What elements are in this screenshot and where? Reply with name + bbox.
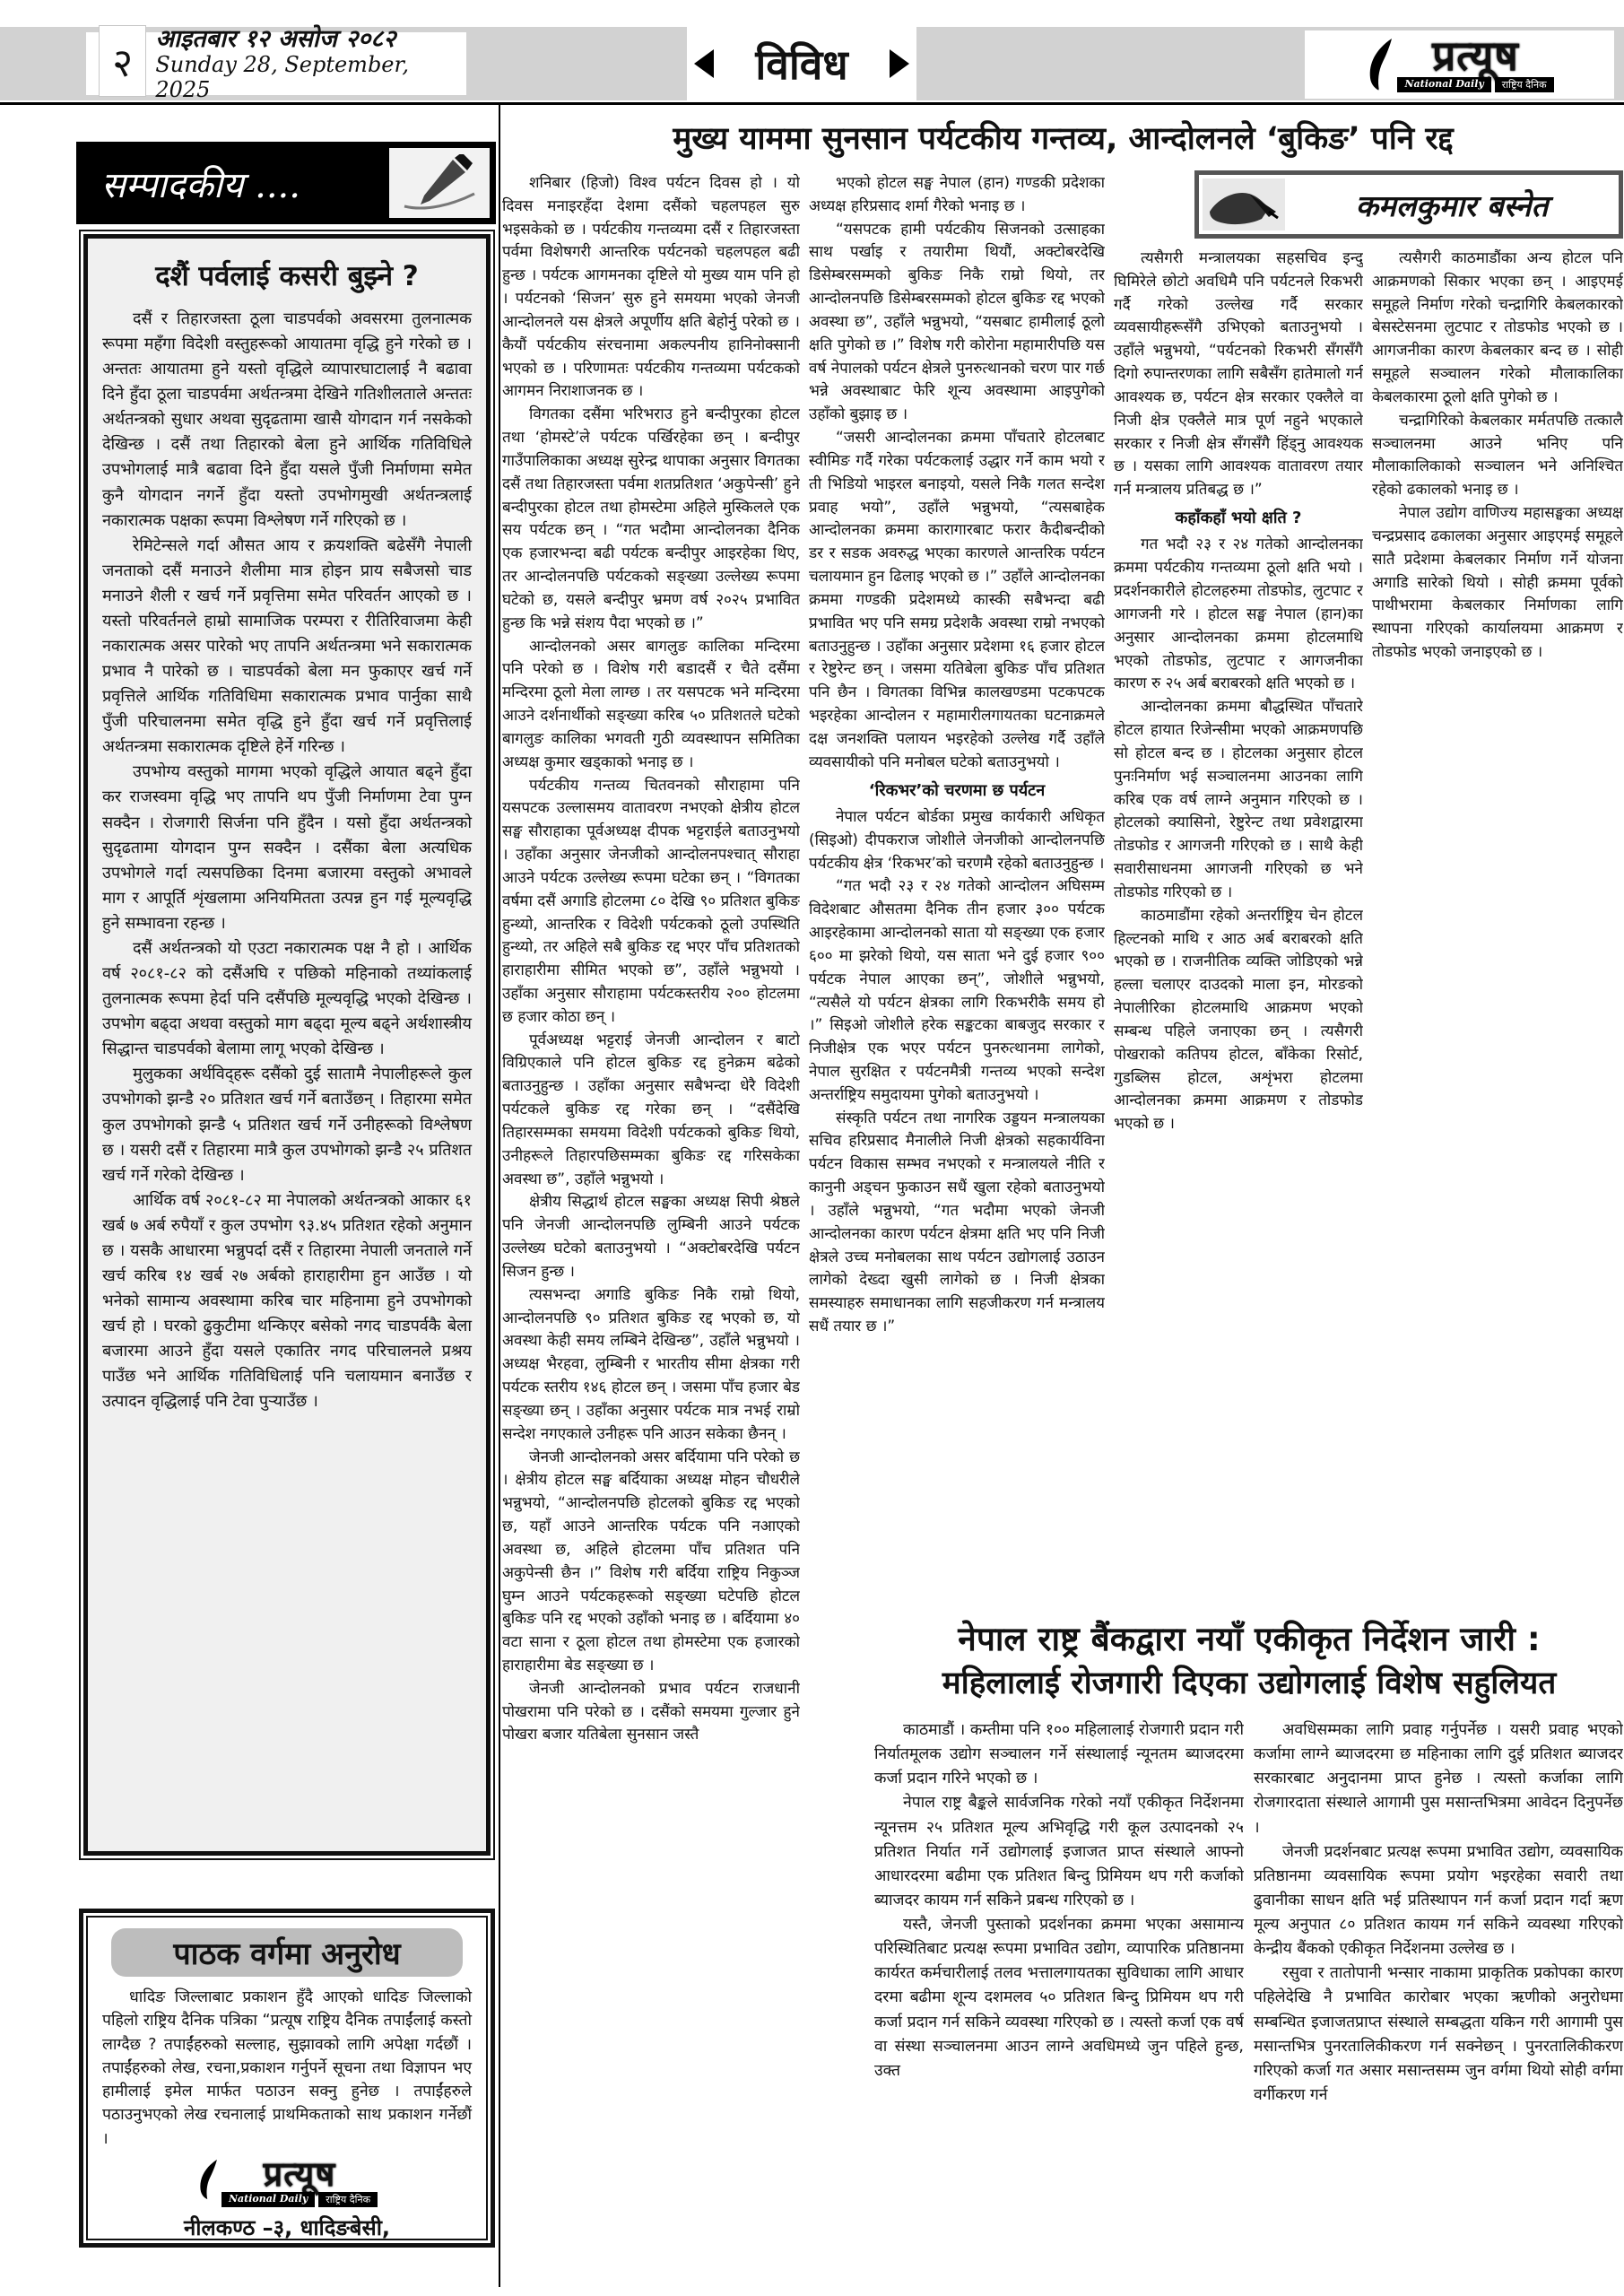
paragraph: विगतका दसैंमा भरिभराउ हुने बन्दीपुरका हो… bbox=[502, 404, 800, 635]
paragraph: आन्दोलनको असर बागलुङ कालिका मन्दिरमा पनि… bbox=[502, 636, 800, 775]
paragraph: उपभोग्य वस्तुको मागमा भएको वृद्धिले आयात… bbox=[102, 760, 472, 936]
editorial-label: सम्पादकीय .... bbox=[76, 159, 389, 208]
paragraph: शनिबार (हिजो) विश्व पर्यटन दिवस हो । यो … bbox=[502, 172, 800, 404]
paragraph: त्यसभन्दा अगाडि बुकिङ निकै राम्रो थियो, … bbox=[502, 1284, 800, 1447]
right-arrow-icon bbox=[890, 49, 909, 78]
subhead: कहाँकहाँ भयो क्षति ? bbox=[1114, 506, 1363, 530]
article-column-4: त्यसैगरी काठमाडौंका अन्य होटल पनि आक्रमण… bbox=[1372, 248, 1623, 1607]
header-rule bbox=[0, 102, 1624, 105]
bank-column-2: अवधिसम्मका लागि प्रवाह गर्नुपर्नेछ । यसर… bbox=[1254, 1718, 1623, 2282]
paragraph: दसैं अर्थतन्त्रको यो एउटा नकारात्मक पक्ष… bbox=[102, 936, 472, 1062]
masthead-tagline-en: National Daily bbox=[1397, 77, 1490, 92]
paragraph: यस्तै, जेनजी पुस्ताको प्रदर्शनका क्रममा … bbox=[874, 1913, 1244, 2083]
paragraph: नेपाल उद्योग वाणिज्य महासङ्घका अध्यक्ष च… bbox=[1372, 502, 1623, 665]
footer-tagline-en: National Daily bbox=[221, 2192, 315, 2207]
paragraph: चन्द्रागिरिको केबलकार मर्मतपछि तत्कालै स… bbox=[1372, 410, 1623, 502]
paragraph: मुलुकका अर्थविद्हरू दसैंको दुई सातामै ने… bbox=[102, 1062, 472, 1187]
paragraph: संस्कृति पर्यटन तथा नागरिक उड्डयन मन्त्र… bbox=[809, 1108, 1105, 1339]
address-line: नीलकण्ठ –३, धादिङबेसी, bbox=[88, 2213, 486, 2240]
paragraph: काठमाडौं । कम्तीमा पनि १०० महिलालाई रोजग… bbox=[874, 1718, 1244, 1791]
bank-column-1: काठमाडौं । कम्तीमा पनि १०० महिलालाई रोजग… bbox=[874, 1718, 1244, 2282]
section-box: विविध bbox=[687, 27, 916, 100]
paragraph: पर्यटकीय गन्तव्य चितवनको सौराहामा पनि यस… bbox=[502, 775, 800, 1030]
date-box: २ आइतबार १२ असोज २०८२ Sunday 28, Septemb… bbox=[86, 32, 466, 95]
paragraph: “जसरी आन्दोलनका क्रममा पाँचतारे होटलबाट … bbox=[809, 427, 1105, 774]
subhead: ‘रिकभर’को चरणमा छ पर्यटन bbox=[809, 778, 1105, 803]
readers-body: धादिङ जिल्लाबाट प्रकाशन हुँदै आएको धादिङ… bbox=[88, 1986, 486, 2151]
page-number: २ bbox=[99, 25, 146, 97]
editorial-body: दसैं र तिहारजस्ता ठूला चाडपर्वको अवसरमा … bbox=[88, 307, 486, 1414]
feather-icon bbox=[196, 2158, 220, 2201]
masthead-title: प्रत्यूष bbox=[1432, 37, 1519, 76]
paragraph: अवधिसम्मका लागि प्रवाह गर्नुपर्नेछ । यसर… bbox=[1254, 1718, 1623, 1840]
byline-author: कमलकुमार बस्नेत bbox=[1285, 185, 1619, 225]
paragraph: जेनजी प्रदर्शनबाट प्रत्यक्ष रूपमा प्रभाव… bbox=[1254, 1840, 1623, 1962]
masthead-logo: प्रत्यूष National Daily राष्ट्रिय दैनिक bbox=[1365, 37, 1553, 93]
paragraph: नेपाल राष्ट्र बैङ्कले सार्वजनिक गरेको नय… bbox=[874, 1791, 1244, 1913]
readers-box: पाठक वर्गमा अनुरोध धादिङ जिल्लाबाट प्रका… bbox=[79, 1909, 495, 2248]
paragraph: जेनजी आन्दोलनको प्रभाव पर्यटन राजधानी पो… bbox=[502, 1678, 800, 1747]
editorial-title: दशैं पर्वलाई कसरी बुझ्ने ? bbox=[95, 257, 479, 294]
paragraph: “गत भदौ २३ र २४ गतेको आन्दोलन अघिसम्म वि… bbox=[809, 875, 1105, 1107]
left-arrow-icon bbox=[694, 49, 714, 78]
paragraph: काठमाडौंमा रहेको अन्तर्राष्ट्रिय चेन होट… bbox=[1114, 905, 1363, 1136]
editorial-label-band: सम्पादकीय .... bbox=[76, 142, 496, 224]
pen-icon bbox=[389, 148, 490, 218]
paragraph: भएको होटल सङ्घ नेपाल (हान) गण्डकी प्रदेश… bbox=[809, 172, 1105, 219]
paragraph: रेमिटेन्सले गर्दा औसत आय र क्रयशक्ति बढे… bbox=[102, 534, 472, 761]
bank-headline-line1: नेपाल राष्ट्र बैंकद्वारा नयाँ एकीकृत निर… bbox=[874, 1614, 1624, 1661]
bank-headline-line2: महिलालाई रोजगारी दिएका उद्योगलाई विशेष स… bbox=[874, 1661, 1624, 1711]
paragraph: त्यसैगरी काठमाडौंका अन्य होटल पनि आक्रमण… bbox=[1372, 248, 1623, 410]
paragraph: रसुवा र तातोपानी भन्सार नाकामा प्राकृतिक… bbox=[1254, 1961, 1623, 2108]
section-title: विविध bbox=[755, 36, 847, 91]
footer-logo-title: प्रत्यूष bbox=[264, 2158, 336, 2190]
paragraph: पूर्वअध्यक्ष भट्टराई जेनजी आन्दोलन र बाट… bbox=[502, 1030, 800, 1192]
paragraph: दसैं र तिहारजस्ता ठूला चाडपर्वको अवसरमा … bbox=[102, 307, 472, 534]
english-date: Sunday 28, September, 2025 bbox=[155, 53, 466, 102]
paragraph: गत भदौ २३ र २४ गतेको आन्दोलनका क्रममा पर… bbox=[1114, 534, 1363, 696]
paragraph: आर्थिक वर्ष २०८१-८२ मा नेपालको अर्थतन्त्… bbox=[102, 1188, 472, 1415]
readers-title: पाठक वर्गमा अनुरोध bbox=[111, 1928, 463, 1977]
byline-box: कमलकुमार बस्नेत bbox=[1194, 170, 1623, 239]
paragraph: त्यसैगरी मन्त्रालयका सहसचिव इन्दु घिमिरे… bbox=[1114, 248, 1363, 502]
paragraph: जेनजी आन्दोलनको असर बर्दियामा पनि परेको … bbox=[502, 1447, 800, 1678]
column-divider bbox=[499, 105, 500, 2287]
article-column-2: भएको होटल सङ्घ नेपाल (हान) गण्डकी प्रदेश… bbox=[809, 172, 1105, 1607]
paragraph: नेपाल पर्यटन बोर्डका प्रमुख कार्यकारी अध… bbox=[809, 806, 1105, 875]
footer-logo: प्रत्यूष National Daily राष्ट्रिय दैनिक bbox=[88, 2158, 486, 2207]
writing-hand-icon bbox=[1203, 178, 1285, 230]
paragraph: क्षेत्रीय सिद्धार्थ होटल सङ्घका अध्यक्ष … bbox=[502, 1191, 800, 1283]
paragraph: आन्दोलनका क्रममा बौद्धस्थित पाँचतारे होट… bbox=[1114, 696, 1363, 904]
article-column-1: शनिबार (हिजो) विश्व पर्यटन दिवस हो । यो … bbox=[502, 172, 800, 2278]
footer-tagline-np: राष्ट्रिय दैनिक bbox=[318, 2192, 378, 2207]
nepali-date: आइतबार १२ असोज २०८२ bbox=[155, 25, 466, 53]
feather-icon bbox=[1365, 37, 1395, 92]
paragraph: “यसपटक हामी पर्यटकीय सिजनको उत्साहका साथ… bbox=[809, 219, 1105, 427]
masthead-tagline-np: राष्ट्रिय दैनिक bbox=[1495, 77, 1554, 92]
masthead: प्रत्यूष National Daily राष्ट्रिय दैनिक bbox=[1305, 30, 1614, 99]
article-column-3: त्यसैगरी मन्त्रालयका सहसचिव इन्दु घिमिरे… bbox=[1114, 248, 1363, 1607]
paragraph: धादिङ जिल्लाबाट प्रकाशन हुँदै आएको धादिङ… bbox=[102, 1986, 472, 2151]
main-headline: मुख्य याममा सुनसान पर्यटकीय गन्तव्य, आन्… bbox=[502, 117, 1624, 167]
editorial-box: दशैं पर्वलाई कसरी बुझ्ने ? दसैं र तिहारज… bbox=[79, 230, 495, 1860]
